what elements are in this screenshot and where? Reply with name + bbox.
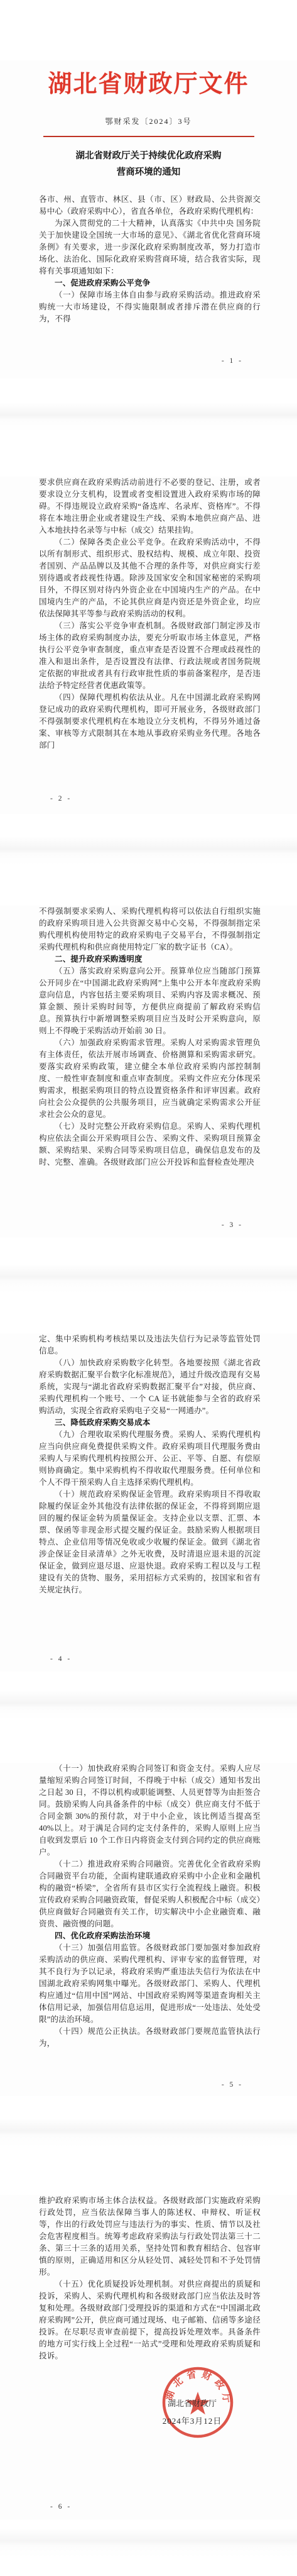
- scan-seam: [0, 2118, 297, 2147]
- paragraph: （四）保障代理机构依法从业。凡在中国湖北政府采购网登记成功的政府采购代理机构，即…: [39, 692, 261, 752]
- paragraph: 各市、州、直管市、林区、县（市、区）财政局、公共资源交易中心（政府采购中心），省…: [39, 194, 261, 218]
- document-page: 湖北省财政厅文件 鄂财采发〔2024〕3号 湖北省财政厅关于持续优化政府采购 营…: [0, 60, 297, 379]
- page-number: - 2 -: [50, 795, 72, 802]
- paragraph: 一、促进政府采购公平竞争: [39, 277, 261, 289]
- document-title: 湖北省财政厅关于持续优化政府采购 营商环境的通知: [0, 148, 297, 180]
- paragraph: （十四）规范公正执法。各级财政部门要规范监管执法行为，: [39, 2026, 261, 2050]
- page-body: （十一）加快政府采购合同签订和资金支付。采购人应尽量缩短采购合同签订时间，不得晚…: [0, 1763, 297, 2050]
- paragraph: （五）落实政府采购意向公开。预算单位应当随部门预算公开同步在“中国湖北政府采购网…: [39, 965, 261, 1037]
- scanned-document: 湖北省财政厅文件 鄂财采发〔2024〕3号 湖北省财政厅关于持续优化政府采购 营…: [0, 0, 297, 2576]
- paragraph: （七）及时完整公开政府采购信息。采购人、采购代理机构应依法全面公开采购项目公告、…: [39, 1121, 261, 1169]
- page-body: 维护政府采购市场主体合法权益。各级财政部门实施政府采购行政处罚，应当依法保障当事…: [0, 2195, 297, 2362]
- document-title-line2: 营商环境的通知: [0, 164, 297, 180]
- document-page: 要求供应商在政府采购活动前进行不必要的登记、注册，或者要求设立分支机构，设置或者…: [0, 477, 297, 814]
- signature-date: 2024年3月12日: [151, 2414, 234, 2426]
- paragraph: （十二）推进政府采购合同融资。完善优化全省政府采购合同融资平台功能，全面构建联通…: [39, 1858, 261, 1930]
- document-page: 维护政府采购市场主体合法权益。各级财政部门实施政府采购行政处罚，应当依法保障当事…: [0, 2195, 297, 2519]
- page-number: - 3 -: [222, 1221, 243, 1229]
- scan-seam: [0, 836, 297, 865]
- page-body: 各市、州、直管市、林区、县（市、区）财政局、公共资源交易中心（政府采购中心），省…: [0, 180, 297, 325]
- document-page: （十一）加快政府采购合同签订和资金支付。采购人应尽量缩短采购合同签订时间，不得晚…: [0, 1763, 297, 2096]
- document-page: 不得强制要求采购人、采购代理机构将可以依法自行组织实施的政府采购项目进入公共资源…: [0, 906, 297, 1238]
- paragraph: （一）保障市场主体自由参与政府采购活动。推进政府采购统一大市场建设，不得实施限制…: [39, 289, 261, 325]
- scan-seam: [0, 1690, 297, 1719]
- signature-issuer: 湖北省财政厅: [154, 2397, 230, 2409]
- paragraph: 维护政府采购市场主体合法权益。各级财政部门实施政府采购行政处罚，应当依法保障当事…: [39, 2195, 261, 2279]
- page-number: - 4 -: [50, 1655, 72, 1663]
- page-body: 要求供应商在政府采购活动前进行不必要的登记、注册，或者要求设立分支机构，设置或者…: [0, 477, 297, 752]
- paragraph: 要求供应商在政府采购活动前进行不必要的登记、注册，或者要求设立分支机构，设置或者…: [39, 477, 261, 536]
- scan-seam: [0, 2528, 297, 2557]
- document-title-line1: 湖北省财政厅关于持续优化政府采购: [0, 148, 297, 164]
- paragraph: （六）加强政府采购需求管理。采购人对采购需求管理负有主体责任，依法开展市场调查、…: [39, 1037, 261, 1121]
- paragraph: （三）落实公平竞争审查机制。各级财政部门制定涉及市场主体的政府采购制度办法，要充…: [39, 620, 261, 692]
- red-divider-rule: [43, 136, 254, 137]
- paragraph: （十三）加强信用监管。各级财政部门要加强对参加政府采购活动的供应商、采购代理机构…: [39, 1942, 261, 2026]
- paragraph: 二、提升政府采购透明度: [39, 953, 261, 965]
- paragraph: （十五）优化质疑投诉处理机制。对供应商提出的质疑和投诉，采购人、采购代理机构和各…: [39, 2279, 261, 2362]
- scan-seam: [0, 402, 297, 431]
- paragraph: （八）加快政府采购数字化转型。各地要按照《湖北省政府采购数据汇聚平台数字化标准规…: [39, 1357, 261, 1417]
- paragraph: 不得强制要求采购人、采购代理机构将可以依法自行组织实施的政府采购项目进入公共资源…: [39, 906, 261, 953]
- paragraph: 四、优化政府采购法治环境: [39, 1930, 261, 1942]
- page-number: - 5 -: [222, 2081, 243, 2089]
- page-number: - 1 -: [222, 357, 243, 365]
- page-body: 定、集中采购机构考核结果以及违法失信行为记录等监管处罚信息。（八）加快政府采购数…: [0, 1333, 297, 1596]
- paragraph: （二）保障各类企业公平竞争。在政府采购活动中，不得以所有制形式、组织形式、股权结…: [39, 536, 261, 620]
- paragraph: 为深入贯彻党的二十大精神，认真落实《中共中央 国务院关于加快建设全国统一大市场的…: [39, 218, 261, 277]
- paragraph: 三、降低政府采购交易成本: [39, 1417, 261, 1429]
- paragraph: （十）规范政府采购保证金管理。政府采购项目不得收取除履约保证金外其他没有法律依据…: [39, 1489, 261, 1596]
- paragraph: 定、集中采购机构考核结果以及违法失信行为记录等监管处罚信息。: [39, 1333, 261, 1357]
- paragraph: （十一）加快政府采购合同签订和资金支付。采购人应尽量缩短采购合同签订时间，不得晚…: [39, 1763, 261, 1858]
- document-page: 定、集中采购机构考核结果以及违法失信行为记录等监管处罚信息。（八）加快政府采购数…: [0, 1333, 297, 1672]
- scan-seam: [0, 1264, 297, 1293]
- page-body: 不得强制要求采购人、采购代理机构将可以依法自行组织实施的政府采购项目进入公共资源…: [0, 906, 297, 1169]
- page-number: - 6 -: [50, 2503, 72, 2511]
- agency-header-title: 湖北省财政厅文件: [0, 69, 297, 99]
- paragraph: （九）合理收取采购代理服务费。采购人、采购代理机构应当向供应商免费提供采购文件。…: [39, 1429, 261, 1489]
- document-number: 鄂财采发〔2024〕3号: [0, 116, 297, 126]
